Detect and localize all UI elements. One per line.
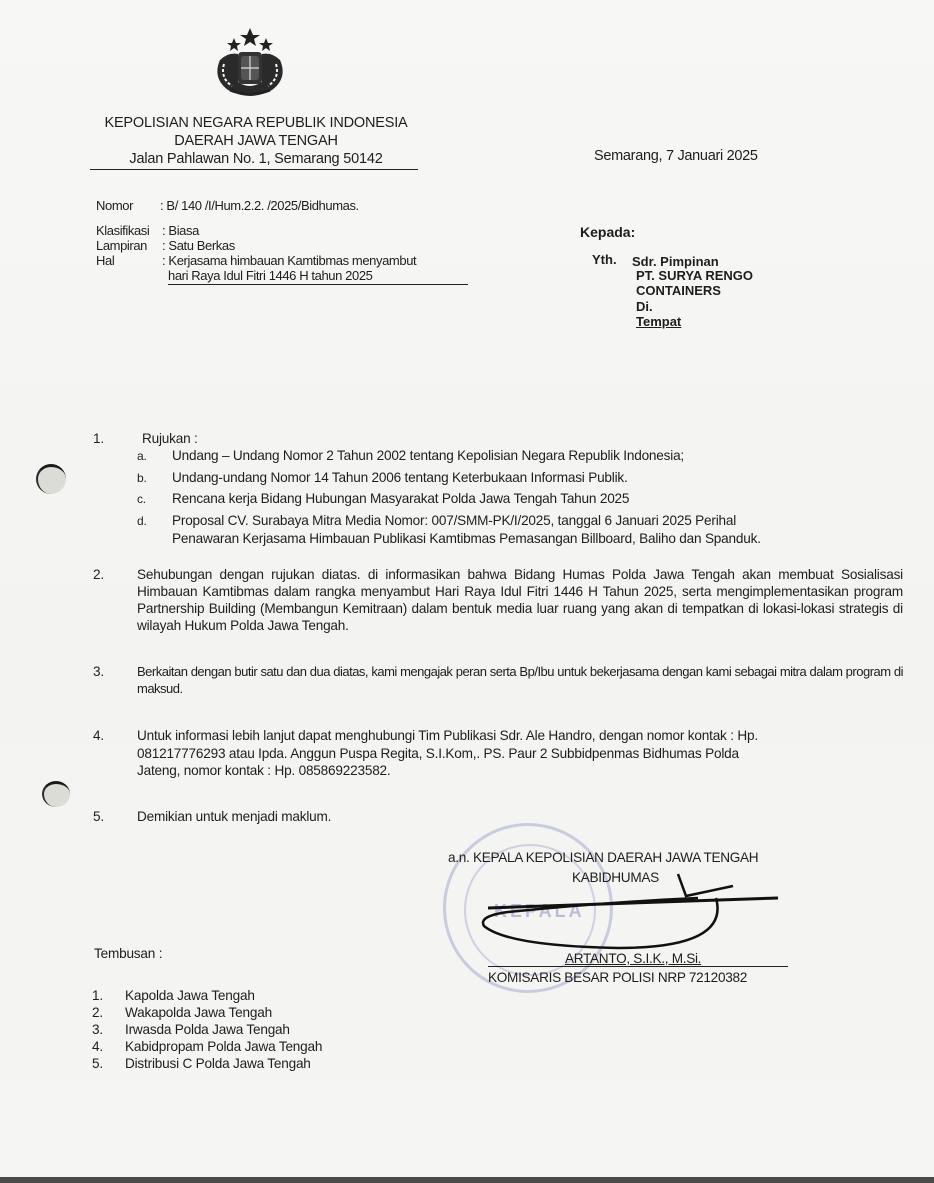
letter-number: Nomor: B/ 140 /I/Hum.2.2. /2025/Bidhumas…	[96, 198, 359, 213]
paragraph-3-number: 3.	[93, 663, 104, 680]
recipient-place: Tempat	[636, 315, 681, 329]
paragraph-2-number: 2.	[93, 566, 104, 583]
hal-label: Hal	[96, 253, 162, 268]
subject: Hal: Kerjasama himbauan Kamtibmas menyam…	[96, 253, 416, 268]
cc-list: 1.Kapolda Jawa Tengah 2.Wakapolda Jawa T…	[92, 987, 322, 1072]
signatory-name: ARTANTO, S.I.K., M.Si.	[565, 951, 701, 966]
police-emblem-icon	[200, 26, 300, 98]
recipient-company-2: CONTAINERS	[636, 284, 721, 298]
recipient-di: Di.	[636, 300, 653, 314]
lampiran-value: : Satu Berkas	[162, 238, 235, 253]
paragraph-2-text: Sehubungan dengan rujukan diatas. di inf…	[137, 566, 903, 634]
place-date: Semarang, 7 Januari 2025	[594, 148, 758, 164]
reference-item: c.Rencana kerja Bidang Hubungan Masyarak…	[137, 490, 629, 508]
signature-divider	[488, 966, 788, 967]
punch-hole	[36, 464, 66, 494]
recipient-line1: Sdr. Pimpinan	[632, 255, 719, 269]
cc-item: 5.Distribusi C Polda Jawa Tengah	[92, 1055, 322, 1072]
klasifikasi-value: : Biasa	[162, 223, 199, 238]
paragraph-1-number: 1.	[93, 430, 104, 447]
reference-item: b.Undang-undang Nomor 14 Tahun 2006 tent…	[137, 469, 628, 487]
letter-page: KEPOLISIAN NEGARA REPUBLIK INDONESIA DAE…	[0, 0, 934, 1177]
signatory-rank: KOMISARIS BESAR POLISI NRP 72120382	[488, 970, 747, 985]
paragraph-5-number: 5.	[93, 808, 104, 825]
classification: Klasifikasi: Biasa	[96, 223, 199, 238]
cc-item: 3.Irwasda Polda Jawa Tengah	[92, 1021, 322, 1038]
nomor-value: : B/ 140 /I/Hum.2.2. /2025/Bidhumas.	[160, 198, 359, 213]
paragraph-4-number: 4.	[93, 727, 104, 744]
paragraph-4-line2: 081217776293 atau Ipda. Anggun Puspa Reg…	[137, 745, 739, 762]
recipient-yth: Yth.	[592, 253, 617, 267]
hal-value-line2: hari Raya Idul Fitri 1446 H tahun 2025	[168, 268, 373, 283]
cc-item: 4.Kabidpropam Polda Jawa Tengah	[92, 1038, 322, 1055]
lampiran-label: Lampiran	[96, 238, 162, 253]
institution-address: Jalan Pahlawan No. 1, Semarang 50142	[86, 151, 426, 167]
scan-bottom-edge	[0, 1177, 934, 1183]
paragraph-4-line3: Jateng, nomor kontak : Hp. 085869223582.	[137, 762, 391, 779]
paragraph-4-line1: Untuk informasi lebih lanjut dapat mengh…	[137, 727, 758, 744]
hal-value-line1: : Kerjasama himbauan Kamtibmas menyambut	[162, 253, 416, 268]
klasifikasi-label: Klasifikasi	[96, 223, 162, 238]
region-name: DAERAH JAWA TENGAH	[86, 133, 426, 149]
nomor-label: Nomor	[96, 198, 160, 213]
reference-item: a.Undang – Undang Nomor 2 Tahun 2002 ten…	[137, 447, 684, 465]
attachment: Lampiran: Satu Berkas	[96, 238, 235, 253]
signature-on-behalf: a.n. KEPALA KEPOLISIAN DAERAH JAWA TENGA…	[448, 850, 758, 865]
reference-item-continued: Penawaran Kerjasama Himbauan Publikasi K…	[172, 530, 761, 547]
paragraph-1-title: Rujukan :	[142, 430, 198, 447]
paragraph-5-text: Demikian untuk menjadi maklum.	[137, 808, 331, 825]
recipient-company: PT. SURYA RENGO	[636, 269, 753, 283]
recipient-heading: Kepada:	[580, 225, 635, 239]
cc-item: 1.Kapolda Jawa Tengah	[92, 987, 322, 1004]
institution-name: KEPOLISIAN NEGARA REPUBLIK INDONESIA	[86, 115, 426, 131]
paragraph-3-text: Berkaitan dengan butir satu dan dua diat…	[137, 663, 903, 697]
reference-item: d.Proposal CV. Surabaya Mitra Media Nomo…	[137, 512, 736, 530]
handwritten-signature-icon	[468, 868, 788, 958]
cc-heading: Tembusan :	[94, 945, 162, 962]
letterhead-divider	[90, 169, 418, 170]
punch-hole	[42, 781, 70, 807]
cc-item: 2.Wakapolda Jawa Tengah	[92, 1004, 322, 1021]
subject-underline	[168, 284, 468, 285]
